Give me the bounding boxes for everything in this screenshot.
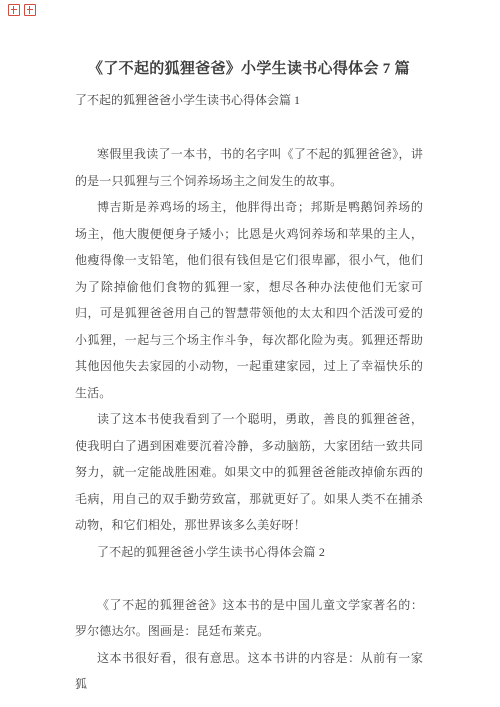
section2-heading: 了不起的狐狸爸爸小学生读书心得体会篇 2 xyxy=(75,539,423,566)
section1-heading: 了不起的狐狸爸爸小学生读书心得体会篇 1 xyxy=(75,91,423,109)
paragraph: 《了不起的狐狸爸爸》这本书的是中国儿童文学家著名的：罗尔德达尔。图画是：昆廷布莱… xyxy=(75,592,423,645)
document-content: 《了不起的狐狸爸爸》小学生读书心得体会 7 篇 了不起的狐狸爸爸小学生读书心得体… xyxy=(75,0,423,698)
paragraph paragraph-truncated: 这本书很好看，很有意思。这本书讲的内容是：从前有一家狐 xyxy=(75,645,423,698)
document-title: 《了不起的狐狸爸爸》小学生读书心得体会 7 篇 xyxy=(75,58,423,80)
document-body: 寒假里我读了一本书，书的名字叫《了不起的狐狸爸爸》，讲的是一只狐狸与三个饲养场场… xyxy=(75,141,423,698)
document-page: 《了不起的狐狸爸爸》小学生读书心得体会 7 篇 了不起的狐狸爸爸小学生读书心得体… xyxy=(0,0,500,707)
red-corner-marks xyxy=(8,4,36,16)
red-corner-mark-glyph xyxy=(8,4,20,16)
paragraph: 寒假里我读了一本书，书的名字叫《了不起的狐狸爸爸》，讲的是一只狐狸与三个饲养场场… xyxy=(75,141,423,194)
paragraph: 博吉斯是养鸡场的场主，他胖得出奇；邦斯是鸭鹅饲养场的场主，他大腹便便身子矮小；比… xyxy=(75,194,423,406)
red-corner-mark-glyph xyxy=(24,4,36,16)
paragraph: 读了这本书使我看到了一个聪明，勇敢，善良的狐狸爸爸，使我明白了遇到困难要沉着冷静… xyxy=(75,406,423,539)
